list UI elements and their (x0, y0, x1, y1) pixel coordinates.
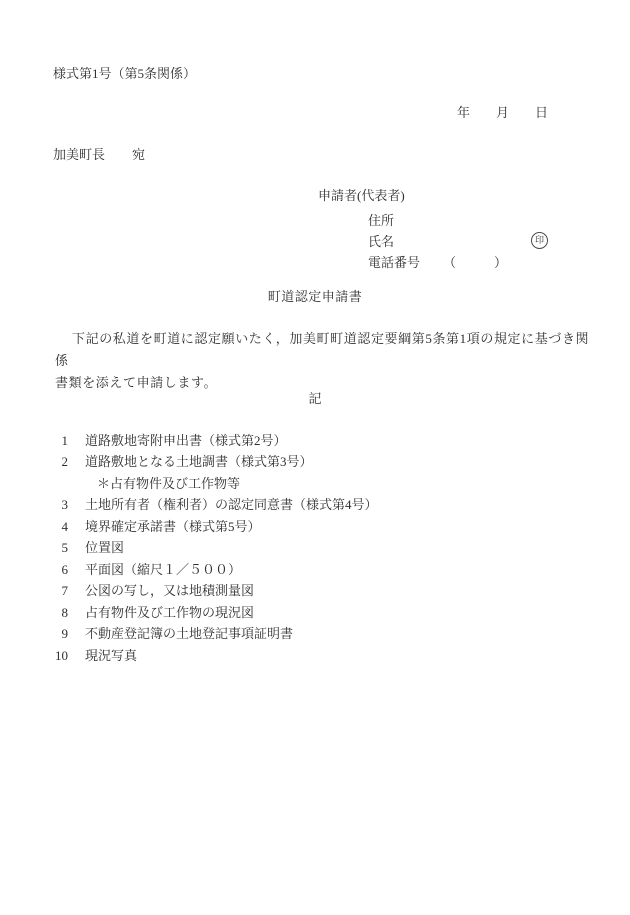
list-item-number: 6 (53, 559, 68, 580)
list-item: 2 道路敷地となる土地調書（様式第3号） (53, 451, 573, 472)
list-item-number: 10 (53, 645, 68, 666)
list-item-text: 道路敷地となる土地調書（様式第3号） (85, 451, 313, 472)
list-item: 1 道路敷地寄附申出書（様式第2号） (53, 430, 573, 451)
form-number: 様式第1号（第5条関係） (53, 67, 196, 82)
list-item: 3 土地所有者（権利者）の認定同意書（様式第4号） (53, 494, 573, 515)
list-item-number: 8 (53, 602, 68, 623)
list-item: 7 公図の写し，又は地積測量図 (53, 580, 573, 601)
addressee-line: 加美町長宛 (53, 148, 145, 163)
list-item-text: 土地所有者（権利者）の認定同意書（様式第4号） (85, 494, 378, 515)
list-item-text: ＊占有物件及び工作物等 (97, 473, 240, 494)
list-item-number: 5 (53, 537, 68, 558)
applicant-heading: 申請者(代表者) (318, 189, 405, 204)
addressee-name: 加美町長 (53, 147, 105, 162)
body-line-2: 書類を添えて申請します。 (55, 372, 600, 394)
list-item: 5 位置図 (53, 537, 573, 558)
list-item-number: 7 (53, 580, 68, 601)
year-label: 年 (457, 105, 470, 120)
list-item-number: 1 (53, 430, 68, 451)
list-item: 10 現況写真 (53, 645, 573, 666)
list-item-number: 2 (53, 451, 68, 472)
phone-paren-close: ） (494, 255, 507, 270)
list-item-text: 位置図 (85, 537, 124, 558)
attachment-list: 1 道路敷地寄附申出書（様式第2号） 2 道路敷地となる土地調書（様式第3号） … (53, 430, 573, 666)
list-item-text: 占有物件及び工作物の現況図 (85, 602, 254, 623)
list-item-number: 4 (53, 516, 68, 537)
addressee-suffix: 宛 (132, 147, 145, 162)
list-item-text: 不動産登記簿の土地登記事項証明書 (85, 623, 293, 644)
name-field-label: 氏名 (368, 235, 394, 250)
list-item: 9 不動産登記簿の土地登記事項証明書 (53, 623, 573, 644)
document-title: 町道認定申請書 (0, 290, 630, 305)
list-item-text: 境界確定承諾書（様式第5号） (85, 516, 261, 537)
month-label: 月 (496, 105, 509, 120)
phone-paren-open: （ (443, 255, 456, 270)
phone-field-label: 電話番号 (368, 255, 420, 270)
list-item-text: 現況写真 (85, 645, 137, 666)
list-item: 8 占有物件及び工作物の現況図 (53, 602, 573, 623)
list-item-text: 公図の写し，又は地積測量図 (85, 580, 254, 601)
date-line: 年月日 (457, 106, 548, 121)
list-item-number: 3 (53, 494, 68, 515)
list-item: ＊占有物件及び工作物等 (53, 473, 573, 494)
list-item-text: 平面図（縮尺１／５００） (85, 559, 241, 580)
seal-stamp-mark: 印 (531, 232, 548, 249)
list-item-number: 9 (53, 623, 68, 644)
list-item: 6 平面図（縮尺１／５００） (53, 559, 573, 580)
list-item: 4 境界確定承諾書（様式第5号） (53, 516, 573, 537)
list-item-text: 道路敷地寄附申出書（様式第2号） (85, 430, 287, 451)
body-paragraph: 下記の私道を町道に認定願いたく，加美町町道認定要綱第5条第1項の規定に基づき関係… (55, 328, 600, 394)
body-line-1: 下記の私道を町道に認定願いたく，加美町町道認定要綱第5条第1項の規定に基づき関係 (55, 328, 600, 372)
phone-line: 電話番号（） (368, 256, 507, 271)
application-form-page: 様式第1号（第5条関係） 年月日 加美町長宛 申請者(代表者) 住所 氏名 印 … (0, 0, 630, 915)
address-field-label: 住所 (368, 214, 394, 229)
list-heading: 記 (0, 392, 630, 407)
day-label: 日 (535, 105, 548, 120)
